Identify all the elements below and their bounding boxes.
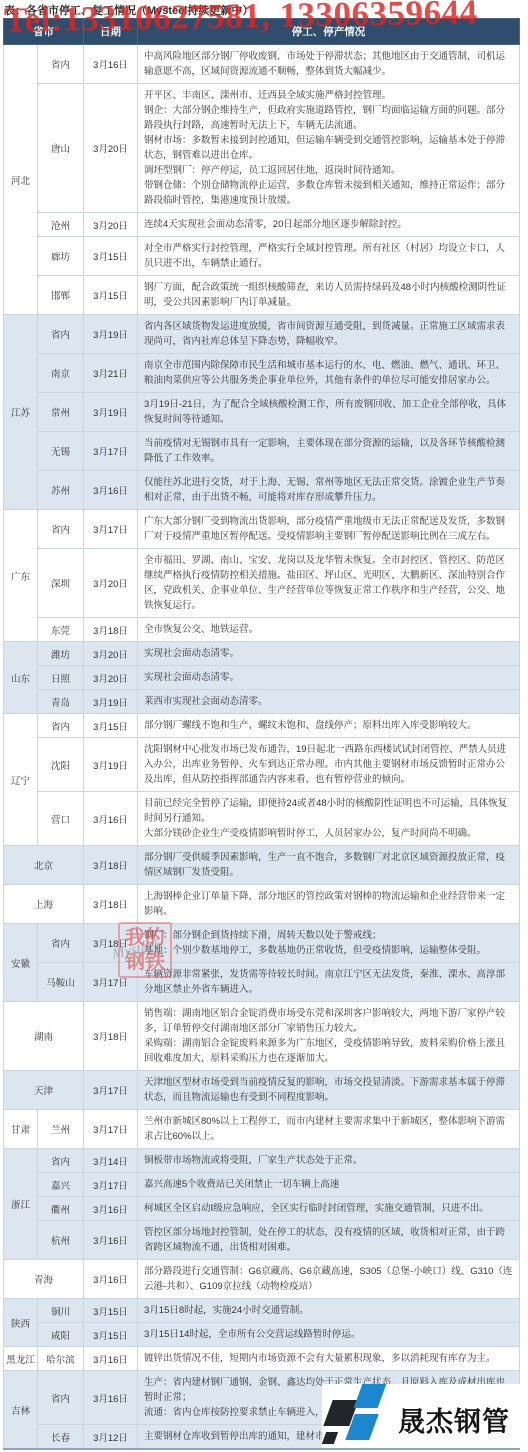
table-row: 陕西铜川3月15日3月15日8时起，实施24小时交通管制。	[4, 1299, 520, 1323]
status-cell: 沈阳钢材中心批发市场已发布通告，19日起北一西路东西楼试试封闭管控、严禁人员进入…	[138, 738, 520, 792]
province-cell: 陕西	[4, 1299, 38, 1347]
province-cell: 青海	[4, 1260, 84, 1299]
table-row: 山东潍坊3月20日实现社会面动态清零。	[4, 642, 520, 666]
status-cell: 全市恢复公交、地铁运营。	[138, 618, 520, 642]
table-row: 安徽省内3月18日钢厂：部分钢企到货持续下滑，周转天数以处于警戒线；基地：个别少…	[4, 924, 520, 963]
status-line: 车辆资源非常紧张，发货需等待较长时间。南京江宁区无法发货，秦淮、溧水、高淳部分地…	[144, 967, 514, 997]
status-line: 管控区部分场地封控管制，处在停工的状态，没有疫情的区域，收货相对正常，由于跨省跨…	[144, 1225, 514, 1255]
table-row: 苏州3月16日仅能往苏北进行交货，对于上海、无锡、常州等地区无法正常交货。涂镀企…	[4, 471, 520, 510]
status-line: 调坯型钢厂：停产停运，员工返回居住地，返岗时间待通知。	[144, 163, 514, 178]
status-line: 3月15日14时起，全市所有公交营运线路暂时停运。	[144, 1327, 514, 1342]
page: 表：各省市停工、复工情况（Mysteel持续更新中） 省市 日期 停工、停产情况…	[0, 0, 528, 1452]
status-line: 南京全市范围内除保障市民生活和城市基本运行的水、电、燃油、燃气、通讯、环卫、粮油…	[144, 358, 514, 388]
date-cell: 3月16日	[84, 1221, 138, 1260]
date-cell: 3月17日	[84, 963, 138, 1002]
status-line: 大部分镁砂企业生产受疫情影响暂时停工，人员居家办公，复产时间尚不明确。	[144, 826, 514, 841]
status-cell: 部分钢厂螺线不饱和生产、螺纹未饱和、盘线停产；原料出库入库受影响较大。	[138, 714, 520, 738]
status-line: 仅能往苏北进行交货，对于上海、无锡、常州等地区无法正常交货。涂镀企业生产节奏相对…	[144, 475, 514, 505]
city-cell: 省内	[38, 45, 84, 84]
status-cell: 管控区部分场地封控管制，处在停工的状态，没有疫情的区域，收货相对正常，由于跨省跨…	[138, 1221, 520, 1260]
province-cell: 广东	[4, 510, 38, 642]
city-cell: 衢州	[38, 1197, 84, 1221]
date-cell: 3月18日	[84, 1002, 138, 1071]
status-table: 省市 日期 停工、停产情况 河北省内3月16日中高风险地区部分钢厂停收废钢，市场…	[3, 18, 520, 1450]
province-cell: 辽宁	[4, 714, 38, 846]
status-line: 全市福田、罗湖、南山、宝安、龙岗以及龙华暂未恢复。全市封控区、管控区、防范区继续…	[144, 553, 514, 613]
date-cell: 3月21日	[84, 354, 138, 393]
status-line: 钢厂：部分钢企到货持续下滑，周转天数以处于警戒线；	[144, 928, 514, 943]
city-cell: 省内	[38, 510, 84, 549]
header-date: 日期	[84, 19, 138, 45]
status-cell: 铜板带市场物流或将受阻，厂家生产状态处于正常。	[138, 1149, 520, 1173]
province-cell: 河北	[4, 45, 38, 315]
status-line: 3月19日-21日，为了配合全域核酸检测工作，所有废钢回收、加工企业全部停收，具…	[144, 397, 514, 427]
city-cell: 马鞍山	[38, 963, 84, 1002]
date-cell: 3月16日	[84, 1347, 138, 1371]
status-cell: 部分钢厂受供暖季因素影响，生产一直不饱合，多数钢厂对北京区域资源投放正常，疫情区…	[138, 846, 520, 885]
province-cell: 黑龙江	[4, 1347, 38, 1371]
status-line: 目前已经完全暂停了运输，即便持24或者48小时的核酸阴性证明也不可运输，具体恢复…	[144, 796, 514, 826]
province-cell: 湖南	[4, 1002, 84, 1071]
city-cell: 哈尔滨	[38, 1347, 84, 1371]
table-row: 青海3月16日部分路段进行交通管制：G6京藏高、G6京藏高速，S305（总堡-小…	[4, 1260, 520, 1299]
table-row: 唐山3月20日开平区、丰南区、滦州市、迁西县全域实施严格封控管理。钢企：大部分钢…	[4, 84, 520, 213]
table-row: 浙江省内3月14日铜板带市场物流或将受阻，厂家生产状态处于正常。	[4, 1149, 520, 1173]
date-cell: 3月16日	[84, 792, 138, 846]
date-cell: 3月19日	[84, 690, 138, 714]
table-row: 黑龙江哈尔滨3月16日镀锌出货情况不佳，短期内市场资源不会有大量累积现象，多以消…	[4, 1347, 520, 1371]
table-row: 河北省内3月16日中高风险地区部分钢厂停收废钢，市场处于停滞状态；其他地区由于交…	[4, 45, 520, 84]
date-cell: 3月15日	[84, 1323, 138, 1347]
date-cell: 3月12日	[84, 1425, 138, 1450]
table-row: 东莞3月18日全市恢复公交、地铁运营。	[4, 618, 520, 642]
status-cell: 莱西市实现社会面动态清零。	[138, 690, 520, 714]
city-cell: 营口	[38, 792, 84, 846]
city-cell: 日照	[38, 666, 84, 690]
table-row: 辽宁省内3月15日部分钢厂螺线不饱和生产、螺纹未饱和、盘线停产；原料出库入库受影…	[4, 714, 520, 738]
status-line: 基地：个别少数基地停工，多数基地仍正常收货，但受疫情影响，运输整体受阻。	[144, 943, 514, 958]
status-cell: 实现社会面动态清零。	[138, 642, 520, 666]
city-cell: 南京	[38, 354, 84, 393]
city-cell: 咸阳	[38, 1323, 84, 1347]
date-cell: 3月20日	[84, 666, 138, 690]
city-cell: 省内	[38, 1149, 84, 1173]
table-row: 咸阳3月15日3月15日14时起，全市所有公交营运线路暂时停运。	[4, 1323, 520, 1347]
table-row: 湖南3月18日销售端：湖南地区铝合金锭消费市场受东莞和深圳客户影响较大，两地下游…	[4, 1002, 520, 1071]
date-cell: 3月18日	[84, 924, 138, 963]
status-line: 广东大部分钢厂受到物流出货影响，部分疫情严重地级市无法正常配送及发货，多数钢厂对…	[144, 514, 514, 544]
status-line: 对全市严格实行封控管理，严格实行全域封控管理。所有社区（村居）均设立卡口，人员只…	[144, 241, 514, 271]
table-row: 江苏省内3月19日省内各区域货物发运进度放缓，省市间资源互通受阻，到货减量。正常…	[4, 315, 520, 354]
table-row: 甘肃兰州3月17日兰州市新城区80%以上工程停工，而市内建材主要需求集中于新城区…	[4, 1110, 520, 1149]
status-cell: 柯城区全区启动Ⅰ级应急响应，全区实行临时封闭管理，实施交通管制，只进不出。	[138, 1197, 520, 1221]
city-cell: 嘉兴	[38, 1173, 84, 1197]
table-row: 嘉兴3月17日嘉兴高速5个收费站已关闭禁止一切车辆上高速	[4, 1173, 520, 1197]
city-cell: 沈阳	[38, 738, 84, 792]
table-row: 马鞍山3月17日车辆资源非常紧张，发货需等待较长时间。南京江宁区无法发货，秦淮、…	[4, 963, 520, 1002]
city-cell: 邯郸	[38, 276, 84, 315]
date-cell: 3月20日	[84, 549, 138, 618]
city-cell: 铜川	[38, 1299, 84, 1323]
table-header-row: 省市 日期 停工、停产情况	[4, 19, 520, 45]
table-row: 南京3月21日南京全市范围内除保障市民生活和城市基本运行的水、电、燃油、燃气、通…	[4, 354, 520, 393]
province-cell: 甘肃	[4, 1110, 38, 1149]
city-cell: 沧州	[38, 213, 84, 237]
status-cell: 嘉兴高速5个收费站已关闭禁止一切车辆上高速	[138, 1173, 520, 1197]
date-cell: 3月18日	[84, 618, 138, 642]
status-line: 镀锌出货情况不佳，短期内市场资源不会有大量累积现象，多以消耗现有库存为主。	[144, 1351, 514, 1366]
date-cell: 3月20日	[84, 84, 138, 213]
date-cell: 3月16日	[84, 1371, 138, 1425]
status-line: 沈阳钢材中心批发市场已发布通告，19日起北一西路东西楼试试封闭管控、严禁人员进入…	[144, 742, 514, 787]
table-row: 衢州3月16日柯城区全区启动Ⅰ级应急响应，全区实行临时封闭管理，实施交通管制，只…	[4, 1197, 520, 1221]
status-cell: 南京全市范围内除保障市民生活和城市基本运行的水、电、燃油、燃气、通讯、环卫、粮油…	[138, 354, 520, 393]
date-cell: 3月19日	[84, 315, 138, 354]
status-line: 中高风险地区部分钢厂停收废钢，市场处于停滞状态；其他地区由于交通管制，司机运输意…	[144, 49, 514, 79]
status-line: 带钢仓储：个别仓储物流停止运营，多数仓库暂未接到相关通知，维持正常运作；部分路段…	[144, 178, 514, 208]
province-cell: 浙江	[4, 1149, 38, 1260]
province-cell: 天津	[4, 1071, 84, 1110]
date-cell: 3月18日	[84, 846, 138, 885]
company-logo: 晟杰钢管	[322, 1384, 522, 1448]
status-cell: 目前已经完全暂停了运输，即便持24或者48小时的核酸阴性证明也不可运输，具体恢复…	[138, 792, 520, 846]
province-cell: 江苏	[4, 315, 38, 510]
city-cell: 长春	[38, 1425, 84, 1450]
table-row: 广东省内3月17日广东大部分钢厂受到物流出货影响，部分疫情严重地级市无法正常配送…	[4, 510, 520, 549]
province-cell: 山东	[4, 642, 38, 714]
status-cell: 天津地区型材市场受到当前疫情反复的影响，市场交投显清淡。下游需求基本属于停滞状态…	[138, 1071, 520, 1110]
city-cell: 常州	[38, 393, 84, 432]
status-line: 全市恢复公交、地铁运营。	[144, 622, 514, 637]
city-cell: 唐山	[38, 84, 84, 213]
date-cell: 3月16日	[84, 1260, 138, 1299]
status-cell: 省内各区域货物发运进度放缓，省市间资源互通受阻，到货减量。正常施工区域需求表现尚…	[138, 315, 520, 354]
table-row: 青岛3月19日莱西市实现社会面动态清零。	[4, 690, 520, 714]
table-row: 天津3月17日天津地区型材市场受到当前疫情反复的影响，市场交投显清淡。下游需求基…	[4, 1071, 520, 1110]
status-line: 钢厂方面，配合政策统一组织核酸筛查，来访人员需持绿码及48小时内核酸检测阴性证明…	[144, 280, 514, 310]
date-cell: 3月17日	[84, 1071, 138, 1110]
province-cell: 安徽	[4, 924, 38, 1002]
date-cell: 3月17日	[84, 432, 138, 471]
status-line: 天津地区型材市场受到当前疫情反复的影响，市场交投显清淡。下游需求基本属于停滞状态…	[144, 1075, 514, 1105]
status-cell: 部分路段进行交通管制：G6京藏高、G6京藏高速，S305（总堡-小峡口）线、G3…	[138, 1260, 520, 1299]
table-row: 廊坊3月15日对全市严格实行封控管理，严格实行全域封控管理。所有社区（村居）均设…	[4, 237, 520, 276]
status-cell: 钢厂：部分钢企到货持续下滑，周转天数以处于警戒线；基地：个别少数基地停工，多数基…	[138, 924, 520, 963]
province-cell: 吉林	[4, 1371, 38, 1450]
province-cell: 北京	[4, 846, 84, 885]
status-line: 省内各区域货物发运进度放缓，省市间资源互通受阻，到货减量。正常施工区域需求表现尚…	[144, 319, 514, 349]
status-line: 实现社会面动态清零。	[144, 646, 514, 661]
status-cell: 实现社会面动态清零。	[138, 666, 520, 690]
header-status: 停工、停产情况	[138, 19, 520, 45]
page-title: 表：各省市停工、复工情况（Mysteel持续更新中）	[0, 0, 528, 18]
table-row: 杭州3月16日管控区部分场地封控管制，处在停工的状态，没有疫情的区域，收货相对正…	[4, 1221, 520, 1260]
city-cell: 东莞	[38, 618, 84, 642]
date-cell: 3月17日	[84, 510, 138, 549]
status-cell: 中高风险地区部分钢厂停收废钢，市场处于停滞状态；其他地区由于交通管制，司机运输意…	[138, 45, 520, 84]
status-line: 铜板带市场物流或将受阻，厂家生产状态处于正常。	[144, 1153, 514, 1168]
table-row: 营口3月16日目前已经完全暂停了运输，即便持24或者48小时的核酸阴性证明也不可…	[4, 792, 520, 846]
status-line: 当前疫情对无锡钢市具有一定影响，主要体现在部分资源的运输，以及各环节核酸检测降低…	[144, 436, 514, 466]
status-line: 上海钢棒企业订单量下降，部分地区的管控政策对钢棒的物流运输和企业经营带来一定影响…	[144, 889, 514, 919]
status-cell: 销售端：湖南地区铝合金锭消费市场受东莞和深圳客户影响较大，两地下游厂家停产较多，…	[138, 1002, 520, 1071]
date-cell: 3月20日	[84, 642, 138, 666]
status-line: 部分路段进行交通管制：G6京藏高、G6京藏高速，S305（总堡-小峡口）线、G3…	[144, 1264, 514, 1294]
status-cell: 3月15日14时起，全市所有公交营运线路暂时停运。	[138, 1323, 520, 1347]
status-cell: 钢厂方面，配合政策统一组织核酸筛查，来访人员需持绿码及48小时内核酸检测阴性证明…	[138, 276, 520, 315]
logo-text: 晟杰钢管	[398, 1400, 510, 1439]
status-cell: 仅能往苏北进行交货，对于上海、无锡、常州等地区无法正常交货。涂镀企业生产节奏相对…	[138, 471, 520, 510]
date-cell: 3月15日	[84, 237, 138, 276]
city-cell: 潍坊	[38, 642, 84, 666]
city-cell: 无锡	[38, 432, 84, 471]
status-line: 莱西市实现社会面动态清零。	[144, 694, 514, 709]
city-cell: 兰州	[38, 1110, 84, 1149]
status-cell: 兰州市新城区80%以上工程停工，而市内建材主要需求集中于新城区，整体影响下游需求…	[138, 1110, 520, 1149]
city-cell: 深圳	[38, 549, 84, 618]
status-cell: 车辆资源非常紧张，发货需等待较长时间。南京江宁区无法发货，秦淮、溧水、高淳部分地…	[138, 963, 520, 1002]
status-cell: 连续4天实现社会面动态清零，20日起部分地区逐步解除封控。	[138, 213, 520, 237]
date-cell: 3月15日	[84, 1299, 138, 1323]
table-row: 沈阳3月19日沈阳钢材中心批发市场已发布通告，19日起北一西路东西楼试试封闭管控…	[4, 738, 520, 792]
status-cell: 3月19日-21日，为了配合全域核酸检测工作，所有废钢回收、加工企业全部停收，具…	[138, 393, 520, 432]
status-line: 销售端：湖南地区铝合金锭消费市场受东莞和深圳客户影响较大，两地下游厂家停产较多，…	[144, 1006, 514, 1036]
status-cell: 镀锌出货情况不佳，短期内市场资源不会有大量累积现象，多以消耗现有库存为主。	[138, 1347, 520, 1371]
date-cell: 3月15日	[84, 276, 138, 315]
city-cell: 省内	[38, 315, 84, 354]
table-row: 上海3月18日上海钢棒企业订单量下降，部分地区的管控政策对钢棒的物流运输和企业经…	[4, 885, 520, 924]
city-cell: 省内	[38, 714, 84, 738]
status-cell: 全市福田、罗湖、南山、宝安、龙岗以及龙华暂未恢复。全市封控区、管控区、防范区继续…	[138, 549, 520, 618]
date-cell: 3月15日	[84, 714, 138, 738]
date-cell: 3月16日	[84, 471, 138, 510]
status-cell: 上海钢棒企业订单量下降，部分地区的管控政策对钢棒的物流运输和企业经营带来一定影响…	[138, 885, 520, 924]
province-cell: 上海	[4, 885, 84, 924]
status-line: 兰州市新城区80%以上工程停工，而市内建材主要需求集中于新城区，整体影响下游需求…	[144, 1114, 514, 1144]
status-line: 3月15日8时起，实施24小时交通管制。	[144, 1303, 514, 1318]
date-cell: 3月19日	[84, 738, 138, 792]
city-cell: 省内	[38, 924, 84, 963]
status-line: 采购端：湖南铝合金锭废料来源多为广东地区，受疫情影响导致，废料采购价格上涨且回收…	[144, 1036, 514, 1066]
status-cell: 开平区、丰南区、滦州市、迁西县全域实施严格封控管理。钢企：大部分钢企维持生产，但…	[138, 84, 520, 213]
table-row: 深圳3月20日全市福田、罗湖、南山、宝安、龙岗以及龙华暂未恢复。全市封控区、管控…	[4, 549, 520, 618]
date-cell: 3月17日	[84, 1173, 138, 1197]
status-cell: 广东大部分钢厂受到物流出货影响，部分疫情严重地级市无法正常配送及发货，多数钢厂对…	[138, 510, 520, 549]
date-cell: 3月16日	[84, 45, 138, 84]
status-cell: 3月15日8时起，实施24小时交通管制。	[138, 1299, 520, 1323]
date-cell: 3月20日	[84, 213, 138, 237]
table-row: 日照3月20日实现社会面动态清零。	[4, 666, 520, 690]
date-cell: 3月19日	[84, 393, 138, 432]
status-line: 部分钢厂受供暖季因素影响，生产一直不饱合，多数钢厂对北京区域资源投放正常，疫情区…	[144, 850, 514, 880]
table-row: 常州3月19日3月19日-21日，为了配合全域核酸检测工作，所有废钢回收、加工企…	[4, 393, 520, 432]
status-line: 连续4天实现社会面动态清零，20日起部分地区逐步解除封控。	[144, 217, 514, 232]
status-line: 嘉兴高速5个收费站已关闭禁止一切车辆上高速	[144, 1177, 514, 1192]
table-row: 沧州3月20日连续4天实现社会面动态清零，20日起部分地区逐步解除封控。	[4, 213, 520, 237]
table-row: 邯郸3月15日钢厂方面，配合政策统一组织核酸筛查，来访人员需持绿码及48小时内核…	[4, 276, 520, 315]
date-cell: 3月17日	[84, 1110, 138, 1149]
status-line: 开平区、丰南区、滦州市、迁西县全域实施严格封控管理。	[144, 88, 514, 103]
date-cell: 3月14日	[84, 1149, 138, 1173]
city-cell: 廊坊	[38, 237, 84, 276]
status-line: 部分钢厂螺线不饱和生产、螺纹未饱和、盘线停产；原料出库入库受影响较大。	[144, 718, 514, 733]
table-row: 北京3月18日部分钢厂受供暖季因素影响，生产一直不饱合，多数钢厂对北京区域资源投…	[4, 846, 520, 885]
table-row: 无锡3月17日当前疫情对无锡钢市具有一定影响，主要体现在部分资源的运输，以及各环…	[4, 432, 520, 471]
city-cell: 青岛	[38, 690, 84, 714]
city-cell: 省内	[38, 1371, 84, 1425]
logo-parallelograms-icon	[322, 1384, 394, 1448]
date-cell: 3月18日	[84, 885, 138, 924]
status-line: 钢企：大部分钢企维持生产，但政府实施道路管控，钢厂均面临运输方面的问题。部分路段…	[144, 103, 514, 133]
city-cell: 苏州	[38, 471, 84, 510]
status-line: 柯城区全区启动Ⅰ级应急响应，全区实行临时封闭管理，实施交通管制，只进不出。	[144, 1201, 514, 1216]
status-line: 实现社会面动态清零。	[144, 670, 514, 685]
city-cell: 杭州	[38, 1221, 84, 1260]
status-cell: 对全市严格实行封控管理，严格实行全域封控管理。所有社区（村居）均设立卡口，人员只…	[138, 237, 520, 276]
header-province: 省市	[4, 19, 84, 45]
status-line: 钢材市场：多数暂未接到封控通知，但运输车辆受到交通管控影响，运输基本处于停滞状态…	[144, 133, 514, 163]
status-cell: 当前疫情对无锡钢市具有一定影响，主要体现在部分资源的运输，以及各环节核酸检测降低…	[138, 432, 520, 471]
date-cell: 3月16日	[84, 1197, 138, 1221]
